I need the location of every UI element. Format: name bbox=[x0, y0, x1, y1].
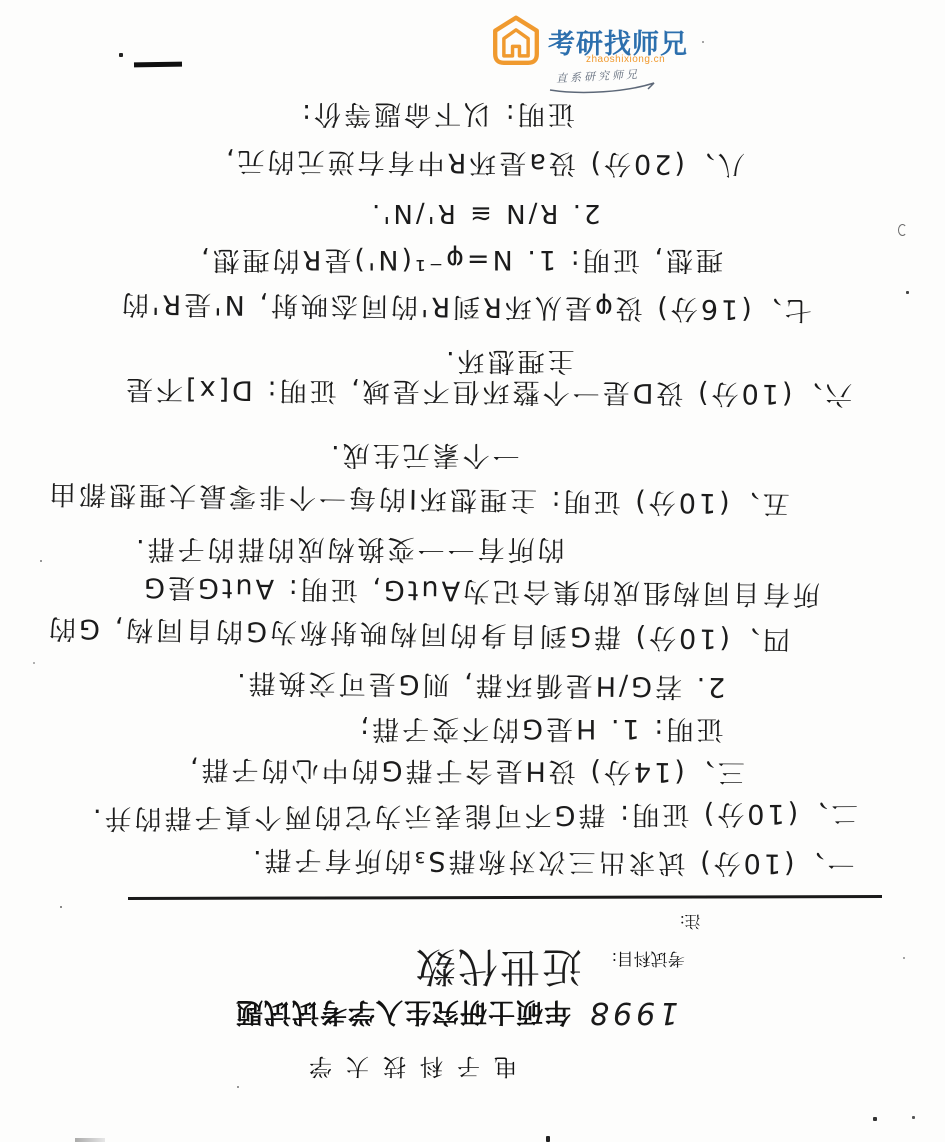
subject-value: 近世代数 bbox=[414, 943, 582, 989]
exam-subject-line: 考试科目:近世代数 bbox=[414, 941, 685, 998]
question-line-q4a: 所有自同构组成的集合记为AutG, 证明: AutG是G bbox=[141, 570, 820, 616]
scan-speck bbox=[33, 662, 35, 664]
scan-speck bbox=[906, 291, 909, 294]
question-line-q4: 四、(10分) 群G到自身的同构映射称为G的自同构, G的 bbox=[46, 611, 790, 662]
brand-domain: zhaoshixiong.cn bbox=[586, 54, 665, 65]
question-line-q3a: 证明: 1. H是G的不变子群; bbox=[357, 712, 723, 751]
scan-speck bbox=[237, 1086, 239, 1088]
scan-speck bbox=[702, 41, 704, 43]
question-line-q4b: 的所有一一变换构成的群的子群. bbox=[133, 532, 565, 571]
scan-smudge bbox=[75, 1138, 105, 1142]
exam-title-line: 1998年硕士研究生入学考试试题 bbox=[235, 995, 678, 1034]
question-line-q2: 二、(10分) 证明: 群G不可能表示为它的两个真子群的并. bbox=[90, 796, 858, 840]
scan-speck bbox=[40, 560, 42, 562]
scan-dash-mark bbox=[134, 62, 182, 68]
question-line-q3b: 2. 若G/H是循环群, 则G是可交换群. bbox=[233, 666, 725, 709]
question-line-q7a: 理想, 证明: 1. N=φ⁻¹(N')是R的理想, bbox=[198, 243, 723, 282]
question-line-q3: 三、(14分) 设H是含于群G的中心的子群, bbox=[187, 753, 745, 795]
university-name: 电子科技大学 bbox=[295, 1052, 517, 1085]
scan-speck bbox=[546, 1136, 550, 1142]
question-line-q7b: 2. R/N ≅ R'/N'. bbox=[369, 198, 601, 228]
question-line-q8a: 证明: 以下命题等价: bbox=[299, 97, 575, 136]
scan-speck bbox=[912, 1116, 915, 1119]
watermark-logo: 考研找师兄 zhaoshixiong.cn 直系研究师兄 bbox=[490, 12, 680, 84]
note-label: 注: bbox=[680, 911, 700, 934]
question-line-q6a: 主理想环. bbox=[443, 344, 575, 383]
header-rule bbox=[128, 895, 882, 900]
scanned-exam-page: 考研找师兄 zhaoshixiong.cn 直系研究师兄 电子科技大学 1998… bbox=[0, 0, 945, 1142]
question-line-q5: 五、(10分) 证明: 主理想环I的每一个非零最大理想都由 bbox=[46, 477, 790, 526]
slogan-swoosh-icon bbox=[548, 78, 668, 96]
scan-speck bbox=[903, 957, 905, 959]
question-line-q1: 一、(10分) 试求出三次对称群S₃的所有子群. bbox=[250, 843, 855, 886]
scan-speck bbox=[119, 53, 123, 57]
exam-year: 1998 bbox=[586, 995, 678, 1030]
brand-house-icon bbox=[490, 14, 542, 70]
scan-curl-mark bbox=[898, 224, 907, 236]
question-line-q7: 七、(16分) 设φ是从环R到R'的同态映射, N'是R'的 bbox=[119, 287, 812, 332]
scan-speck bbox=[60, 906, 62, 908]
scan-speck bbox=[873, 1117, 877, 1121]
subject-label: 考试科目: bbox=[612, 949, 685, 968]
exam-title: 年硕士研究生入学考试试题 bbox=[235, 997, 571, 1027]
question-line-q5a: 一个素元生成. bbox=[328, 438, 520, 477]
question-line-q8: 八、(20分) 设a是环R中有右逆元的元, bbox=[223, 144, 745, 187]
